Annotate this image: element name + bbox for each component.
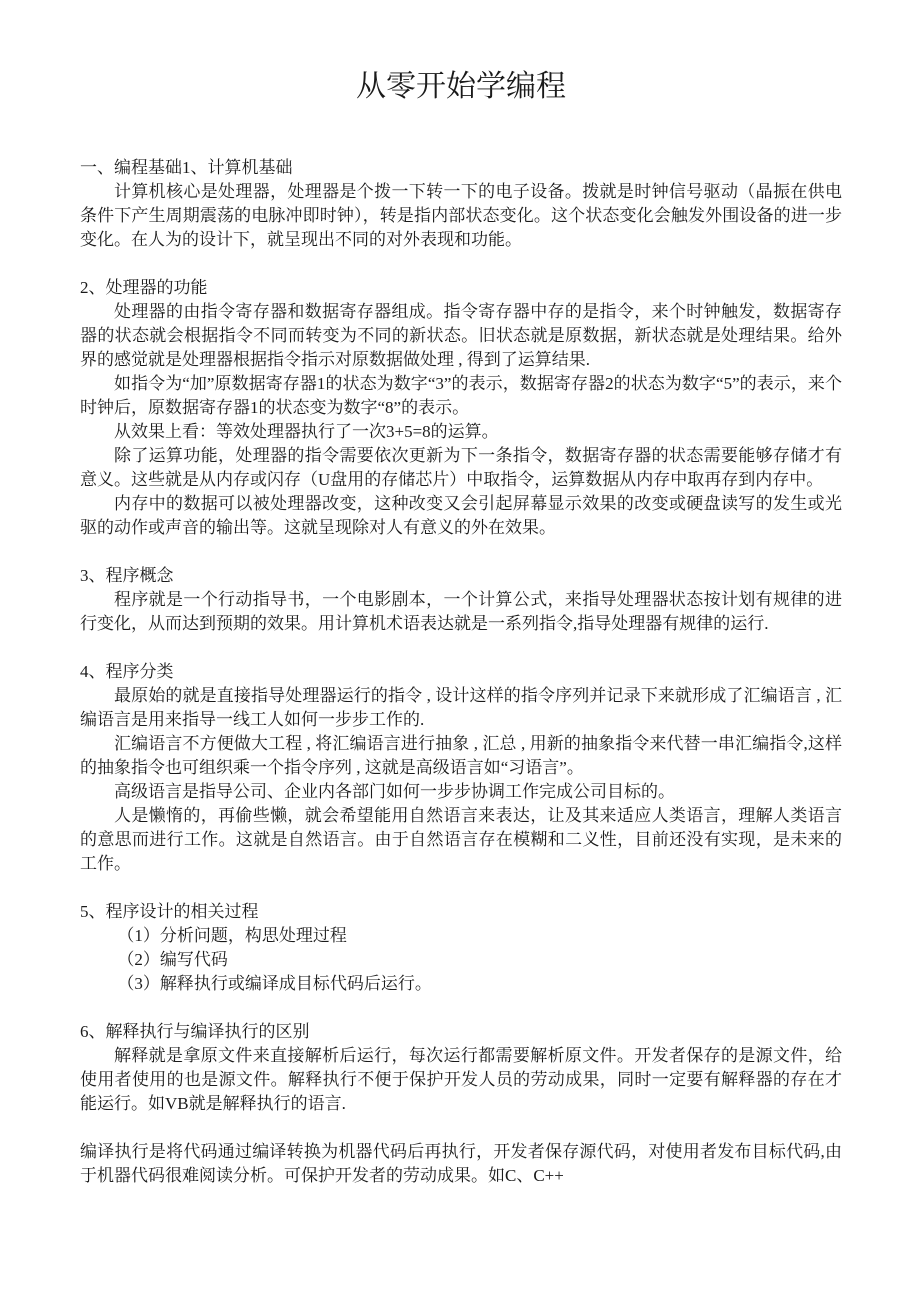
section-1: 一、编程基础1、计算机基础计算机核心是处理器，处理器是个拨一下转一下的电子设备。… — [80, 156, 842, 252]
paragraph: 处理器的由指令寄存器和数据寄存器组成。指令寄存器中存的是指令，来个时钟触发，数据… — [80, 300, 842, 372]
document-content: 一、编程基础1、计算机基础计算机核心是处理器，处理器是个拨一下转一下的电子设备。… — [80, 156, 842, 1188]
section-6: 6、解释执行与编译执行的区别解释就是拿原文件来直接解析后运行，每次运行都需要解析… — [80, 1020, 842, 1116]
document-title: 从零开始学编程 — [80, 0, 842, 106]
section-4: 4、程序分类最原始的就是直接指导处理器运行的指令 , 设计这样的指令序列并记录下… — [80, 660, 842, 876]
section-3: 3、程序概念程序就是一个行动指导书，一个电影剧本，一个计算公式，来指导处理器状态… — [80, 564, 842, 636]
section-2: 2、处理器的功能处理器的由指令寄存器和数据寄存器组成。指令寄存器中存的是指令，来… — [80, 276, 842, 540]
paragraph: 汇编语言不方便做大工程 , 将汇编语言进行抽象 , 汇总 , 用新的抽象指令来代… — [80, 732, 842, 780]
paragraph: 内存中的数据可以被处理器改变，这种改变又会引起屏幕显示效果的改变或硬盘读写的发生… — [80, 492, 842, 540]
paragraph: 除了运算功能，处理器的指令需要依次更新为下一条指令，数据寄存器的状态需要能够存储… — [80, 444, 842, 492]
list-item: （2）编写代码 — [80, 948, 842, 972]
paragraph: 解释就是拿原文件来直接解析后运行，每次运行都需要解析原文件。开发者保存的是源文件… — [80, 1044, 842, 1116]
document-page: 从零开始学编程 一、编程基础1、计算机基础计算机核心是处理器，处理器是个拨一下转… — [0, 0, 920, 1302]
section-6-heading: 6、解释执行与编译执行的区别 — [80, 1020, 842, 1044]
paragraph: 编译执行是将代码通过编译转换为机器代码后再执行，开发者保存源代码，对使用者发布目… — [80, 1140, 842, 1188]
section-7: 编译执行是将代码通过编译转换为机器代码后再执行，开发者保存源代码，对使用者发布目… — [80, 1140, 842, 1188]
section-5-heading: 5、程序设计的相关过程 — [80, 900, 842, 924]
paragraph: 高级语言是指导公司、企业内各部门如何一步步协调工作完成公司目标的。 — [80, 780, 842, 804]
section-1-heading: 一、编程基础1、计算机基础 — [80, 156, 842, 180]
paragraph: 最原始的就是直接指导处理器运行的指令 , 设计这样的指令序列并记录下来就形成了汇… — [80, 684, 842, 732]
paragraph: 计算机核心是处理器，处理器是个拨一下转一下的电子设备。拨就是时钟信号驱动（晶振在… — [80, 180, 842, 252]
paragraph: 人是懒惰的，再偷些懒，就会希望能用自然语言来表达，让及其来适应人类语言，理解人类… — [80, 804, 842, 876]
section-5: 5、程序设计的相关过程（1）分析问题，构思处理过程（2）编写代码（3）解释执行或… — [80, 900, 842, 996]
paragraph: 从效果上看：等效处理器执行了一次3+5=8的运算。 — [80, 420, 842, 444]
paragraph: 程序就是一个行动指导书，一个电影剧本，一个计算公式，来指导处理器状态按计划有规律… — [80, 588, 842, 636]
list-item: （3）解释执行或编译成目标代码后运行。 — [80, 972, 842, 996]
section-3-heading: 3、程序概念 — [80, 564, 842, 588]
list-item: （1）分析问题，构思处理过程 — [80, 924, 842, 948]
section-4-heading: 4、程序分类 — [80, 660, 842, 684]
section-2-heading: 2、处理器的功能 — [80, 276, 842, 300]
paragraph: 如指令为“加”原数据寄存器1的状态为数字“3”的表示，数据寄存器2的状态为数字“… — [80, 372, 842, 420]
